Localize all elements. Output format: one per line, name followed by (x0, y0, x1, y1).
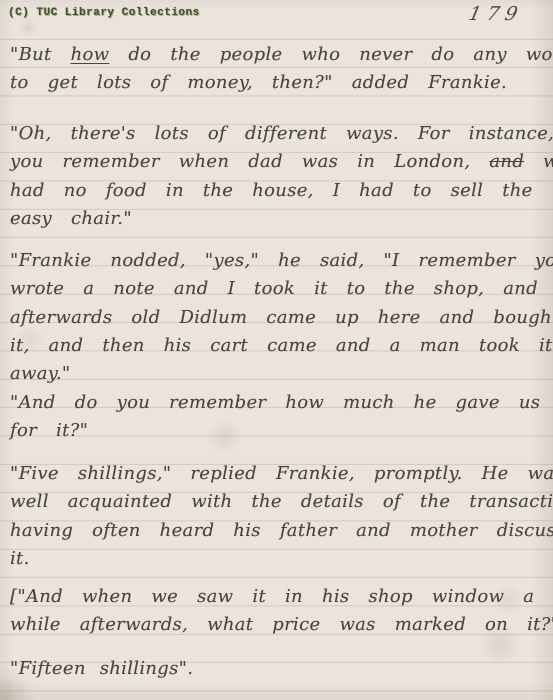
manuscript-page: (C) TUC Library Collections 179 "But how… (0, 0, 553, 700)
strikethrough-word: and (489, 151, 524, 172)
handwritten-line: "Five shillings," replied Frankie, promp… (10, 460, 542, 488)
manuscript-body: "But how do the people who never do any … (0, 0, 553, 700)
handwritten-line: afterwards old Didlum came up here and b… (10, 304, 542, 332)
paragraph: "Oh, there's lots of different ways. For… (10, 120, 542, 233)
handwritten-line: for it?" (10, 417, 542, 445)
handwritten-line: to get lots of money, then?" added Frank… (10, 69, 542, 97)
handwritten-line: having often heard his father and mother… (10, 517, 542, 545)
paragraph: "But how do the people who never do any … (10, 41, 542, 98)
paragraph: "Frankie nodded, "yes," he said, "I reme… (10, 247, 542, 389)
handwritten-line: "But how do the people who never do any … (10, 41, 542, 69)
handwritten-line: it, and then his cart came and a man too… (10, 332, 542, 360)
handwritten-line: easy chair." (10, 205, 542, 233)
underline-word: how (71, 44, 110, 65)
handwritten-line: you remember when dad was in London, and… (10, 148, 542, 176)
handwritten-line: "Oh, there's lots of different ways. For… (10, 120, 542, 148)
handwritten-line: away." (10, 360, 542, 388)
handwritten-line: "Fifteen shillings". (10, 655, 542, 683)
handwritten-line: ["And when we saw it in his shop window … (10, 583, 542, 611)
handwritten-line: had no food in the house, I had to sell … (10, 177, 542, 205)
handwritten-line: wrote a note and I took it to the shop, … (10, 275, 542, 303)
handwritten-line: it. (10, 545, 542, 573)
paragraph: ["And when we saw it in his shop window … (10, 583, 542, 640)
handwritten-line: well acquainted with the details of the … (10, 488, 542, 516)
paragraph: "Five shillings," replied Frankie, promp… (10, 460, 542, 573)
handwritten-line: "Frankie nodded, "yes," he said, "I reme… (10, 247, 542, 275)
handwritten-line: while afterwards, what price was marked … (10, 611, 542, 639)
handwritten-line: "And do you remember how much he gave us (10, 389, 542, 417)
paragraph: "Fifteen shillings". (10, 655, 542, 683)
paragraph: "And do you remember how much he gave us… (10, 389, 542, 446)
